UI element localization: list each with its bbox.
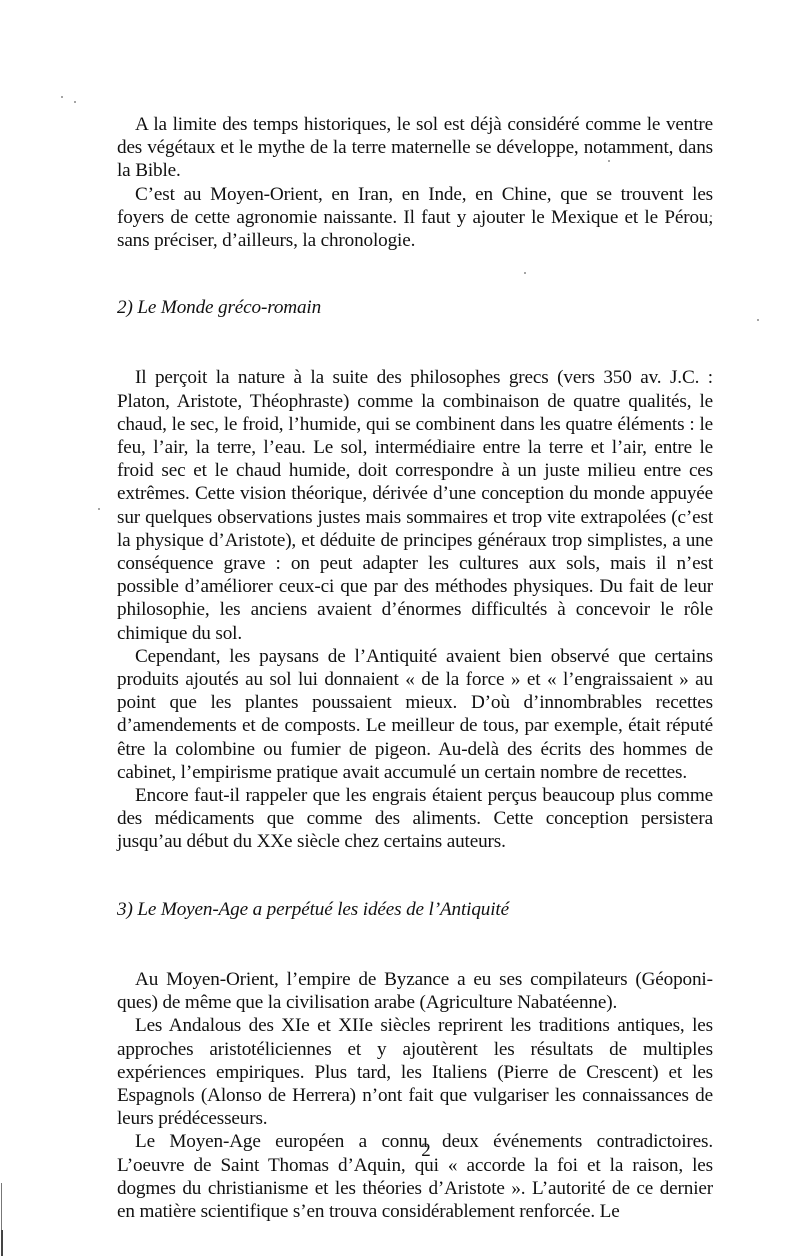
section-heading: 2) Le Monde gréco-romain <box>117 296 713 319</box>
paragraph: Au Moyen-Orient, l’empire de Byzance a e… <box>117 968 713 1014</box>
scan-edge-line <box>1 1230 3 1256</box>
section-heading: 3) Le Moyen-Age a perpétué les idées de … <box>117 898 713 921</box>
paragraph: A la limite des temps historiques, le so… <box>117 113 713 183</box>
scan-speck <box>74 101 76 103</box>
scanned-page: A la limite des temps historiques, le so… <box>0 0 800 1256</box>
scan-speck <box>757 319 759 321</box>
scan-speck <box>98 508 100 510</box>
paragraph: Il perçoit la nature à la suite des phil… <box>117 366 713 644</box>
paragraph: Encore faut-il rappeler que les engrais … <box>117 784 713 854</box>
paragraph: Cependant, les paysans de l’Antiquité av… <box>117 645 713 784</box>
paragraph: C’est au Moyen-Orient, en Iran, en Inde,… <box>117 183 713 253</box>
body-text: A la limite des temps historiques, le so… <box>117 113 713 1223</box>
paragraph: Les Andalous des XIe et XIIe siècles rep… <box>117 1014 713 1130</box>
page-number: 2 <box>0 1140 800 1162</box>
scan-speck <box>61 96 63 98</box>
